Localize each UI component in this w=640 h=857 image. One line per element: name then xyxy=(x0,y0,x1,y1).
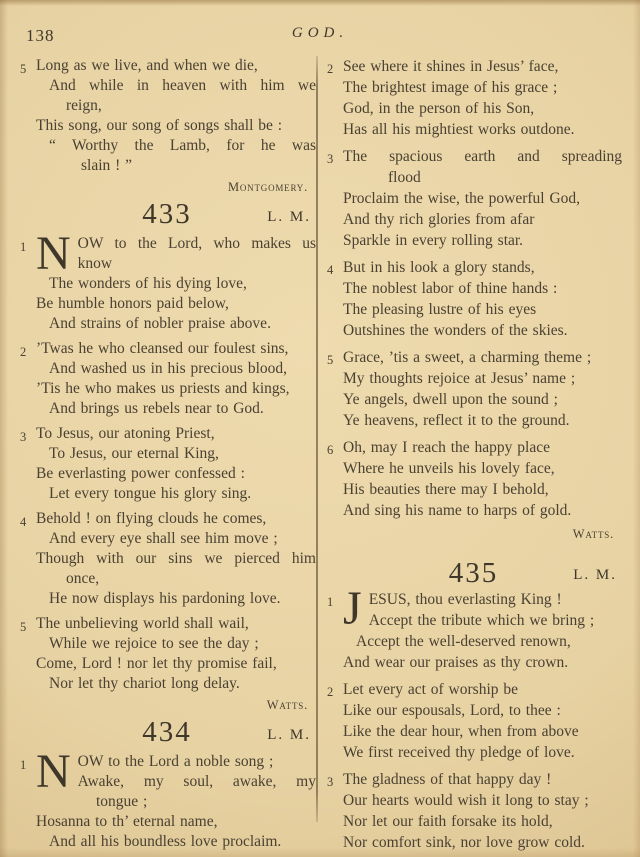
verse-line: Oh, may I reach the happy place xyxy=(343,437,622,458)
verse-line-text: God, in the person of his Son, xyxy=(343,100,534,117)
verse: 3The spacious earth and spreadingfloodPr… xyxy=(325,146,622,251)
verse-line-text: The noblest labor of thine hands : xyxy=(343,280,557,297)
verse-line: To Jesus, our eternal King, xyxy=(36,444,316,464)
verse-line: Long as we live, and when we die, xyxy=(36,56,316,76)
verse-line-text: Let every tongue his glory sing. xyxy=(49,485,251,502)
verse-number: 3 xyxy=(20,427,26,447)
verse: 5Long as we live, and when we die,And wh… xyxy=(18,56,316,176)
verse-number: 1 xyxy=(20,755,26,775)
verse-line-text: Hosanna to th’ eternal name, xyxy=(36,813,217,830)
verse-line-text: Ye heavens, reflect it to the ground. xyxy=(343,412,570,429)
verse-line: Nor let thy chariot long delay. xyxy=(36,674,316,694)
verse-line: Sparkle in every rolling star. xyxy=(343,230,622,251)
verse-number: 6 xyxy=(327,440,333,461)
verse-line-text: And sing his name to harps of gold. xyxy=(343,502,571,519)
verse-line: Accept the tribute which we bring ; xyxy=(343,610,622,631)
verse-line-text: Be everlasting power confessed : xyxy=(36,465,245,482)
verse-line-text: slain ! ” xyxy=(81,157,132,174)
verse-line-text: “ Worthy the Lamb, for he was xyxy=(49,137,316,154)
verse-line: God, in the person of his Son, xyxy=(343,98,622,119)
verse-line-text: And every eye shall see him move ; xyxy=(49,530,278,547)
verse-line: And strains of nobler praise above. xyxy=(36,314,316,334)
verse-line-text: OW to the Lord, who makes us xyxy=(78,235,316,252)
verse-line: And sing his name to harps of gold. xyxy=(343,500,622,521)
verse-line-text: ESUS, thou everlasting King ! xyxy=(369,591,562,608)
verse-line: Nor comfort sink, nor love grow cold. xyxy=(343,832,622,853)
verse-line-text: The pleasing lustre of his eyes xyxy=(343,301,536,318)
verse-line-text: Our hearts would wish it long to stay ; xyxy=(343,792,589,809)
verse-line: ’Twas he who cleansed our foulest sins, xyxy=(36,339,316,359)
hymn-heading: 433L. M. xyxy=(18,198,316,230)
verse-line: My thoughts rejoice at Jesus’ name ; xyxy=(343,368,622,389)
verse-line: NOW to the Lord a noble song ; xyxy=(36,752,316,772)
author-attribution: Watts. xyxy=(325,524,614,545)
verse-line-text: OW to the Lord a noble song ; xyxy=(78,753,274,770)
verse-line-text: While we rejoice to see the day ; xyxy=(49,635,259,652)
verse-line-text: And washed us in his precious blood, xyxy=(49,360,287,377)
verse-line: The pleasing lustre of his eyes xyxy=(343,299,622,320)
verse-line-text: Like the dear hour, when from above xyxy=(343,723,579,740)
verse-line-text: My thoughts rejoice at Jesus’ name ; xyxy=(343,370,575,387)
verse-line-text: His beauties there may I behold, xyxy=(343,481,549,498)
verse-line: Awake, my soul, awake, my xyxy=(36,772,316,792)
verse-line: This song, our song of songs shall be : xyxy=(36,116,316,136)
verse-line: Our hearts would wish it long to stay ; xyxy=(343,790,622,811)
verse-line: And brings us rebels near to God. xyxy=(36,399,316,419)
verse-line-text: once, xyxy=(66,570,99,587)
verse-line: ’Tis he who makes us priests and kings, xyxy=(36,379,316,399)
verse: 1NOW to the Lord, who makes usknowThe wo… xyxy=(18,234,316,334)
column-right: 2See where it shines in Jesus’ face,The … xyxy=(316,56,622,857)
verse-line: He now displays his pardoning love. xyxy=(36,589,316,609)
hymn-meter: L. M. xyxy=(267,207,311,227)
verse-line-text: Be humble honors paid below, xyxy=(36,295,229,312)
verse-line-text: reign, xyxy=(66,97,102,114)
verse-number: 4 xyxy=(20,512,26,532)
hymnal-page: 138 GOD. 5Long as we live, and when we d… xyxy=(0,0,640,857)
verse-number: 2 xyxy=(20,342,26,362)
verse-line: The noblest labor of thine hands : xyxy=(343,278,622,299)
verse-line: Accept the well-deserved renown, xyxy=(343,631,622,652)
verse: 5Grace, ’tis a sweet, a charming theme ;… xyxy=(325,347,622,431)
verse-number: 2 xyxy=(327,59,333,80)
dropcap-letter: J xyxy=(343,589,369,628)
verse-line-text: Behold ! on flying clouds he comes, xyxy=(36,510,266,527)
verse: 3To Jesus, our atoning Priest,To Jesus, … xyxy=(18,424,316,504)
verse-line-text: Outshines the wonders of the skies. xyxy=(343,322,568,339)
verse-line: Outshines the wonders of the skies. xyxy=(343,320,622,341)
dropcap-letter: N xyxy=(36,752,78,791)
verse-line-text: know xyxy=(78,255,112,272)
verse-line: Where he unveils his lovely face, xyxy=(343,458,622,479)
author-name: Montgomery. xyxy=(228,180,308,194)
verse-line-text: Long as we live, and when we die, xyxy=(36,57,258,74)
verse-line: And every eye shall see him move ; xyxy=(36,529,316,549)
verse-line: And washed us in his precious blood, xyxy=(36,359,316,379)
verse-number: 2 xyxy=(327,682,333,703)
verse: 4Behold ! on flying clouds he comes,And … xyxy=(18,509,316,609)
running-head: GOD. xyxy=(0,25,640,42)
verse-line: Let every act of worship be xyxy=(343,679,622,700)
verse: 2See where it shines in Jesus’ face,The … xyxy=(325,56,622,140)
verse-line-text: And wear our praises as thy crown. xyxy=(343,654,568,671)
verse-line: To Jesus, our atoning Priest, xyxy=(36,424,316,444)
verse-line-text: Like our espousals, Lord, to thee : xyxy=(343,702,561,719)
verse-line-text: And thy rich glories from afar xyxy=(343,211,534,228)
verse-line-text: The unbelieving world shall wail, xyxy=(36,615,249,632)
verse-line: Hosanna to th’ eternal name, xyxy=(36,812,316,832)
verse: 5The unbelieving world shall wail,While … xyxy=(18,614,316,694)
verse-line: NOW to the Lord, who makes us xyxy=(36,234,316,254)
verse-line-text: But in his look a glory stands, xyxy=(343,259,535,276)
verse-line: And wear our praises as thy crown. xyxy=(343,652,622,673)
verse-line: Has all his mightiest works outdone. xyxy=(343,119,622,140)
verse-line: His beauties there may I behold, xyxy=(343,479,622,500)
verse-line: Like the dear hour, when from above xyxy=(343,721,622,742)
verse-line: Be humble honors paid below, xyxy=(36,294,316,314)
hymn-heading: 434L. M. xyxy=(18,716,316,748)
verse-line-text: And strains of nobler praise above. xyxy=(49,315,271,332)
hymn-meter: L. M. xyxy=(573,565,617,586)
verse-line-text: He now displays his pardoning love. xyxy=(49,590,280,607)
hymn-heading: 435L. M. xyxy=(325,557,622,589)
verse-line-text: To Jesus, our atoning Priest, xyxy=(36,425,215,442)
verse-line-text: Nor comfort sink, nor love grow cold. xyxy=(343,834,585,851)
verse-line: flood xyxy=(343,167,622,188)
verse-line-text: tongue ; xyxy=(96,793,147,810)
verse-line: The wonders of his dying love, xyxy=(36,274,316,294)
verse-number: 4 xyxy=(327,260,333,281)
verse-line-text: We first received thy pledge of love. xyxy=(343,744,575,761)
verse-line-text: And all his boundless love proclaim. xyxy=(49,833,281,850)
verse-line-text: Grace, ’tis a sweet, a charming theme ; xyxy=(343,349,591,366)
verse-number: 3 xyxy=(327,772,333,793)
verse-line: reign, xyxy=(36,96,316,116)
verse-line: “ Worthy the Lamb, for he was xyxy=(36,136,316,156)
verse-number: 1 xyxy=(20,237,26,257)
verse-line-text: Sparkle in every rolling star. xyxy=(343,232,523,249)
hymn-number: 434 xyxy=(142,716,192,748)
hymn-number: 433 xyxy=(142,198,192,230)
verse-line: And while in heaven with him we xyxy=(36,76,316,96)
verse-number: 3 xyxy=(327,149,333,170)
verse-line: But in his look a glory stands, xyxy=(343,257,622,278)
verse-line: Though with our sins we pierced him xyxy=(36,549,316,569)
verse-line: Behold ! on flying clouds he comes, xyxy=(36,509,316,529)
verse-line: We first received thy pledge of love. xyxy=(343,742,622,763)
verse-line: Grace, ’tis a sweet, a charming theme ; xyxy=(343,347,622,368)
verse-number: 1 xyxy=(327,592,333,613)
verse: 2’Twas he who cleansed our foulest sins,… xyxy=(18,339,316,419)
verse-line: The spacious earth and spreading xyxy=(343,146,622,167)
verse-line: once, xyxy=(36,569,316,589)
verse-line-text: This song, our song of songs shall be : xyxy=(36,117,282,134)
verse-line: Ye heavens, reflect it to the ground. xyxy=(343,410,622,431)
hymn-meter: L. M. xyxy=(267,725,311,745)
verse-line: Nor let our faith forsake its hold, xyxy=(343,811,622,832)
author-name: Watts. xyxy=(573,527,614,541)
verse-line-text: And brings us rebels near to God. xyxy=(49,400,264,417)
verse: 3The gladness of that happy day !Our hea… xyxy=(325,769,622,853)
verse-line-text: The gladness of that happy day ! xyxy=(343,771,551,788)
verse-line: slain ! ” xyxy=(36,156,316,176)
verse-line-text: The brightest image of his grace ; xyxy=(343,79,557,96)
verse-line-text: flood xyxy=(388,169,421,186)
verse-line: While we rejoice to see the day ; xyxy=(36,634,316,654)
verse-line: know xyxy=(36,254,316,274)
verse-line-text: Proclaim the wise, the powerful God, xyxy=(343,190,580,207)
verse-line-text: To Jesus, our eternal King, xyxy=(49,445,219,462)
verse-line: See where it shines in Jesus’ face, xyxy=(343,56,622,77)
verse-line: Like our espousals, Lord, to thee : xyxy=(343,700,622,721)
verse: 2Let every act of worship beLike our esp… xyxy=(325,679,622,763)
verse-line-text: Where he unveils his lovely face, xyxy=(343,460,555,477)
verse-number: 5 xyxy=(327,350,333,371)
author-attribution: Watts. xyxy=(18,695,308,715)
verse-number: 5 xyxy=(20,59,26,79)
verse-line: Ye angels, dwell upon the sound ; xyxy=(343,389,622,410)
verse-line: The gladness of that happy day ! xyxy=(343,769,622,790)
verse-line: And thy rich glories from afar xyxy=(343,209,622,230)
verse-line: Come, Lord ! nor let thy promise fail, xyxy=(36,654,316,674)
verse-line-text: Ye angels, dwell upon the sound ; xyxy=(343,391,558,408)
verse-line-text: The spacious earth and spreading xyxy=(343,148,622,165)
verse-line-text: See where it shines in Jesus’ face, xyxy=(343,58,558,75)
verse-line-text: Has all his mightiest works outdone. xyxy=(343,121,574,138)
verse: 1NOW to the Lord a noble song ;Awake, my… xyxy=(18,752,316,852)
verse-line-text: ’Twas he who cleansed our foulest sins, xyxy=(36,340,288,357)
verse-line-text: Accept the tribute which we bring ; xyxy=(369,612,595,629)
verse-line: tongue ; xyxy=(36,792,316,812)
verse: 6Oh, may I reach the happy placeWhere he… xyxy=(325,437,622,521)
verse-number: 5 xyxy=(20,617,26,637)
hymn-number: 435 xyxy=(449,557,499,589)
verse-line-text: ’Tis he who makes us priests and kings, xyxy=(36,380,290,397)
verse-line-text: Awake, my soul, awake, my xyxy=(78,773,316,790)
verse-line: Proclaim the wise, the powerful God, xyxy=(343,188,622,209)
verse-line-text: Let every act of worship be xyxy=(343,681,518,698)
verse-line-text: Nor let thy chariot long delay. xyxy=(49,675,240,692)
columns-container: 5Long as we live, and when we die,And wh… xyxy=(0,56,640,857)
verse-line-text: Though with our sins we pierced him xyxy=(36,550,316,567)
verse-line: Be everlasting power confessed : xyxy=(36,464,316,484)
verse-line: The unbelieving world shall wail, xyxy=(36,614,316,634)
author-attribution: Montgomery. xyxy=(18,177,308,197)
verse-line-text: Accept the well-deserved renown, xyxy=(356,633,571,650)
verse-line-text: Come, Lord ! nor let thy promise fail, xyxy=(36,655,277,672)
verse-line-text: The wonders of his dying love, xyxy=(49,275,247,292)
column-left: 5Long as we live, and when we die,And wh… xyxy=(18,56,316,857)
verse-line-text: Oh, may I reach the happy place xyxy=(343,439,550,456)
author-name: Watts. xyxy=(267,698,308,712)
verse-line: JESUS, thou everlasting King ! xyxy=(343,589,622,610)
verse-line-text: Nor let our faith forsake its hold, xyxy=(343,813,553,830)
page-header: 138 GOD. xyxy=(0,0,640,56)
verse-line: Let every tongue his glory sing. xyxy=(36,484,316,504)
verse-line: The brightest image of his grace ; xyxy=(343,77,622,98)
dropcap-letter: N xyxy=(36,234,78,273)
verse-line-text: And while in heaven with him we xyxy=(49,77,316,94)
verse-line: And all his boundless love proclaim. xyxy=(36,832,316,852)
verse: 1JESUS, thou everlasting King !Accept th… xyxy=(325,589,622,673)
verse: 4But in his look a glory stands,The nobl… xyxy=(325,257,622,341)
